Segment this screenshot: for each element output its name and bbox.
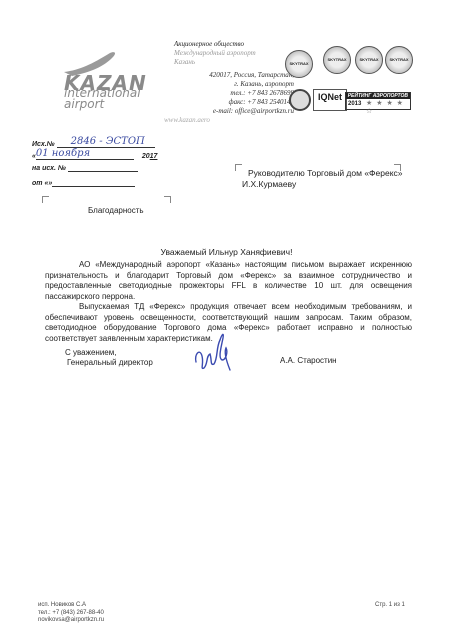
airport-rating-badge: РЕЙТИНГ АЭРОПОРТОВ 2013 ★ ★ ★ ★ ☆ bbox=[345, 92, 411, 110]
skytrax-badge-icon: SKYTRAX bbox=[285, 50, 313, 78]
fax: факс: +7 843 2540149 bbox=[164, 98, 294, 107]
org-name-1: Международный аэропорт bbox=[164, 49, 294, 58]
bracket-corner bbox=[164, 196, 171, 203]
greeting: Уважаемый Ильнур Ханяфиевич! bbox=[0, 247, 453, 257]
year-value: 17 bbox=[150, 153, 158, 160]
recipient-block: Руководителю Торговый дом «Ферекс» И.Х.К… bbox=[242, 168, 402, 190]
skytrax-badge-icon: SKYTRAX bbox=[323, 46, 351, 74]
from-date-row: от «» bbox=[32, 180, 135, 187]
org-name-2: Казань bbox=[164, 58, 294, 67]
skytrax-badge-icon: SKYTRAX bbox=[355, 46, 383, 74]
email: e-mail: office@airportkzn.ru bbox=[164, 107, 294, 116]
iqnet-badge: IQNet bbox=[313, 89, 347, 111]
closing: С уважением, bbox=[65, 348, 153, 358]
date-value: 01 ноября bbox=[36, 148, 90, 159]
org-type: Акционерное общество bbox=[164, 40, 294, 49]
bracket-corner bbox=[42, 196, 49, 203]
rating-stars-icon: ★ ★ ★ ★ ☆ bbox=[366, 99, 410, 115]
phone: тел.: +7 843 2678699 bbox=[164, 89, 294, 98]
executor-phone: тел.: +7 (843) 267-88-40 bbox=[38, 610, 104, 618]
address-line-1: 420017, Россия, Татарстан, bbox=[164, 71, 294, 80]
page-number: Стр. 1 из 1 bbox=[375, 602, 405, 608]
signatory-name: А.А. Старостин bbox=[280, 356, 337, 365]
subject: Благодарность bbox=[88, 206, 144, 215]
signatory-title: Генеральный директор bbox=[65, 358, 153, 368]
date-row: «01 ноября 2017 bbox=[32, 148, 157, 160]
signature-block: С уважением, Генеральный директор bbox=[65, 348, 153, 368]
handwritten-signature-icon bbox=[190, 330, 240, 376]
award-badges: SKYTRAX SKYTRAX SKYTRAX SKYTRAX IQNet РЕ… bbox=[285, 44, 445, 114]
skytrax-badge-icon: SKYTRAX bbox=[385, 46, 413, 74]
body-paragraph: АО «Международный аэропорт «Казань» наст… bbox=[45, 260, 412, 302]
recipient-line-2: И.Х.Курмаеву bbox=[242, 179, 402, 190]
outgoing-number-row: Исх.№ 2846 - ЭСТОП bbox=[32, 136, 155, 148]
footer-executor: исп. Новиков С.А тел.: +7 (843) 267-88-4… bbox=[38, 602, 104, 625]
outgoing-number-value: 2846 - ЭСТОП bbox=[57, 136, 145, 147]
in-reply-to-row: на исх. № bbox=[32, 165, 138, 172]
bracket-corner bbox=[235, 164, 242, 171]
recipient-line-1: Руководителю Торговый дом «Ферекс» bbox=[242, 168, 402, 179]
sender-address-block: Акционерное общество Международный аэроп… bbox=[164, 40, 294, 125]
executor-email: novikovsa@airportkzn.ru bbox=[38, 617, 104, 625]
logo-subtitle: international airport bbox=[64, 88, 141, 110]
website: www.kazan.aero bbox=[164, 116, 294, 125]
executor-name: исп. Новиков С.А bbox=[38, 602, 104, 610]
address-line-2: г. Казань, аэропорт bbox=[164, 80, 294, 89]
iso-certification-icon bbox=[289, 89, 311, 111]
